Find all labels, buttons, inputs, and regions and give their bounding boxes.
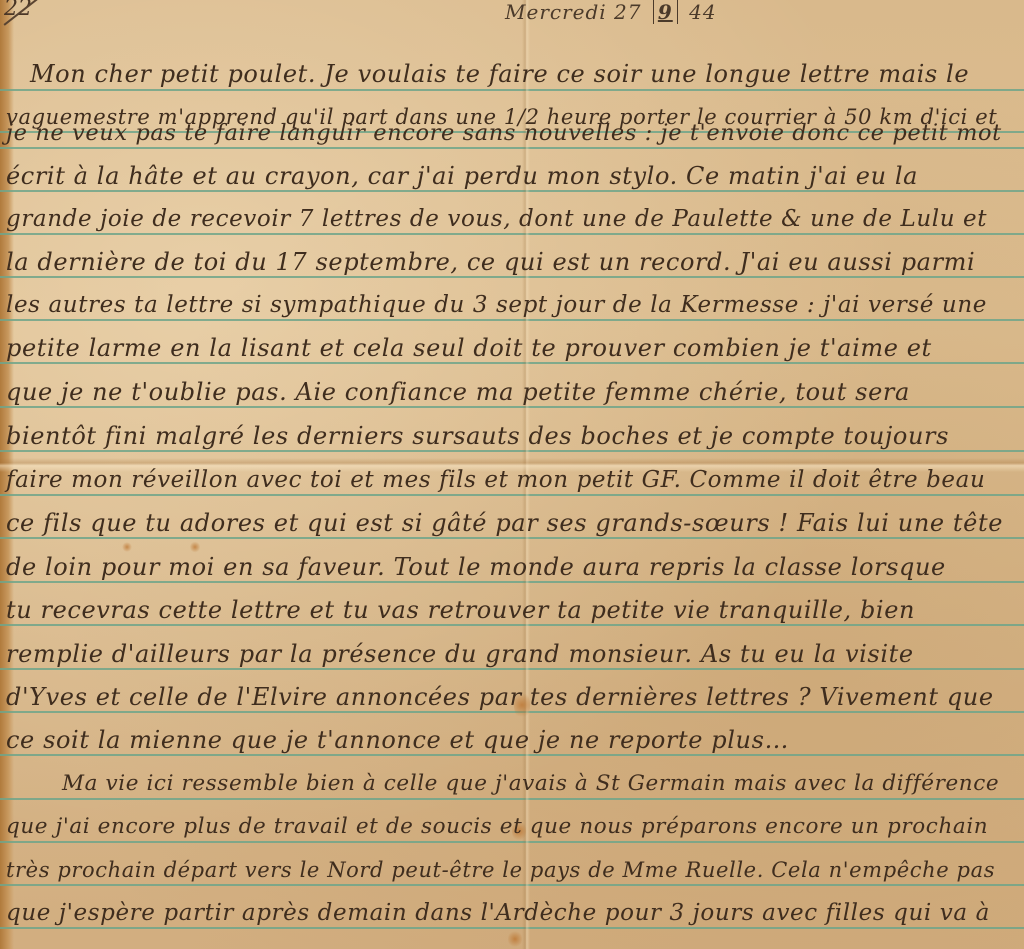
rule-line — [0, 450, 1024, 452]
date-month: 9 — [653, 0, 678, 24]
letter-line: faire mon réveillon avec toi et mes fils… — [6, 466, 1004, 494]
letter-line: Ma vie ici ressemble bien à celle que j'… — [62, 770, 1004, 798]
rule-line — [0, 798, 1024, 800]
letter-line: ce soit la mienne que je t'annonce et qu… — [6, 726, 1004, 754]
letter-line: que j'ai encore plus de travail et de so… — [6, 813, 1004, 841]
rule-line — [0, 276, 1024, 278]
rule-line — [0, 89, 1024, 91]
rule-line — [0, 581, 1024, 583]
rule-line — [0, 884, 1024, 886]
letter-line: petite larme en la lisant et cela seul d… — [6, 334, 1004, 362]
letter-line: tu recevras cette lettre et tu vas retro… — [6, 596, 1004, 624]
date-weekday: Mercredi — [505, 0, 607, 24]
letter-line: bientôt fini malgré les derniers sursaut… — [6, 422, 1004, 450]
letter-line: que je ne t'oublie pas. Aie confiance ma… — [6, 378, 1004, 406]
page-number-mark: 22 — [4, 0, 32, 21]
foxing-stain — [122, 542, 132, 552]
rule-line — [0, 233, 1024, 235]
letter-line: ce fils que tu adores et qui est si gâté… — [6, 509, 1004, 537]
foxing-stain — [508, 930, 522, 948]
rule-line — [0, 624, 1024, 626]
date-day: 27 — [614, 0, 641, 24]
letter-page: 22 Mercredi 27 9 44 Mon cher petit poule… — [0, 0, 1024, 949]
letter-line: très prochain départ vers le Nord peut-ê… — [6, 856, 1004, 884]
letter-line: remplie d'ailleurs par la présence du gr… — [6, 640, 1004, 668]
letter-line: les autres ta lettre si sympathique du 3… — [6, 291, 1004, 319]
rule-line — [0, 841, 1024, 843]
letter-line: grande joie de recevoir 7 lettres de vou… — [6, 205, 1004, 233]
letter-line: Mon cher petit poulet. Je voulais te fai… — [30, 60, 1004, 88]
rule-line — [0, 927, 1024, 929]
letter-line: écrit à la hâte et au crayon, car j'ai p… — [6, 162, 1004, 190]
foxing-stain — [190, 541, 200, 553]
letter-line: que j'espère partir après demain dans l'… — [6, 899, 1004, 927]
rule-line — [0, 711, 1024, 713]
rule-line — [0, 406, 1024, 408]
rule-line — [0, 537, 1024, 539]
rule-line — [0, 147, 1024, 149]
rule-line — [0, 494, 1024, 496]
date-year: 44 — [689, 0, 716, 24]
rule-line — [0, 362, 1024, 364]
letter-line: d'Yves et celle de l'Elvire annoncées pa… — [6, 683, 1004, 711]
letter-line: la dernière de toi du 17 septembre, ce q… — [6, 248, 1004, 276]
letter-line: de loin pour moi en sa faveur. Tout le m… — [6, 553, 1004, 581]
rule-line — [0, 190, 1024, 192]
rule-line — [0, 754, 1024, 756]
rule-line — [0, 319, 1024, 321]
letter-line: je ne veux pas te faire languir encore s… — [6, 119, 1004, 147]
rule-line — [0, 668, 1024, 670]
date-header: Mercredi 27 9 44 — [505, 0, 717, 24]
